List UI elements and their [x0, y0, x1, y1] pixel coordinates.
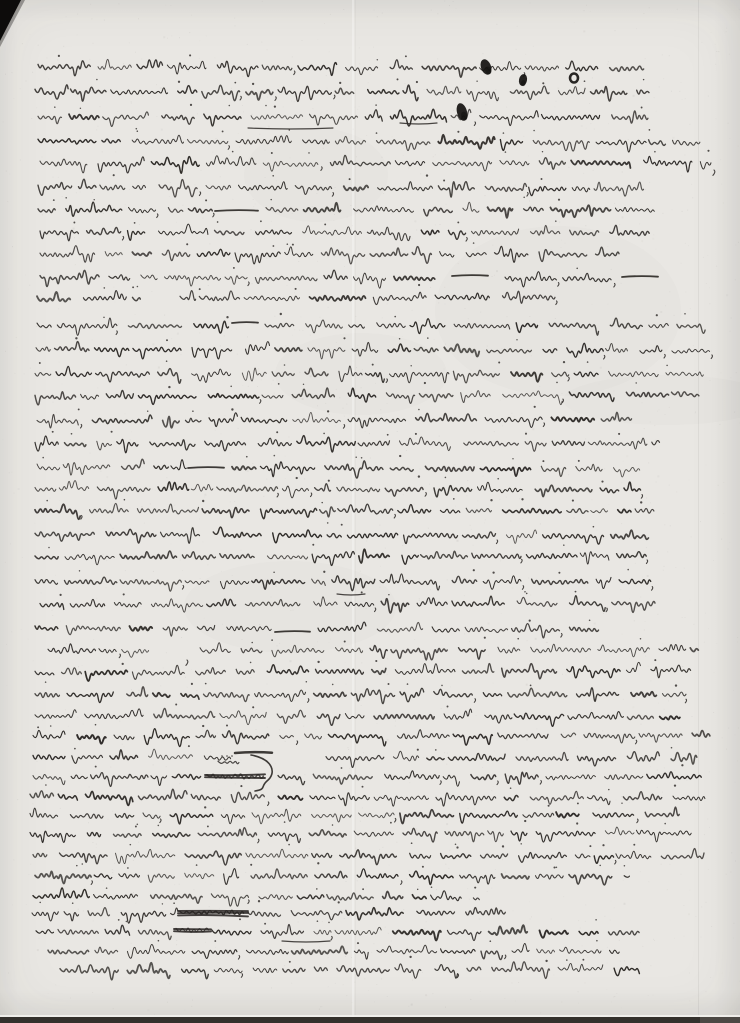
manuscript-page — [0, 0, 740, 1023]
handwriting-svg — [0, 0, 740, 1023]
